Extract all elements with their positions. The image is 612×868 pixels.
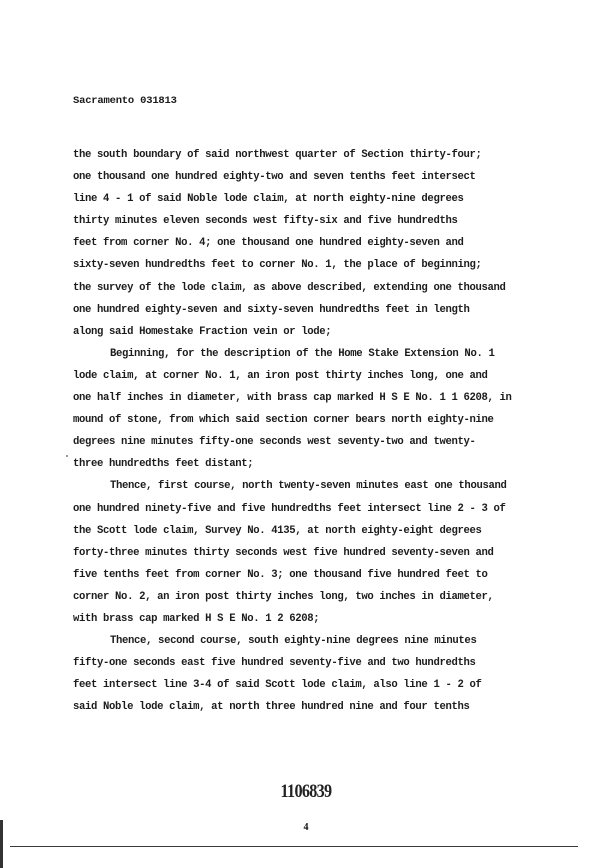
- text-line: corner No. 2, an iron post thirty inches…: [73, 586, 543, 608]
- text-line: one half inches in diameter, with brass …: [73, 387, 543, 409]
- document-body: the south boundary of said northwest qua…: [73, 144, 543, 718]
- text-line: one thousand one hundred eighty-two and …: [73, 166, 543, 188]
- page-number: 4: [0, 822, 612, 833]
- text-line: the Scott lode claim, Survey No. 4135, a…: [73, 520, 543, 542]
- text-line: sixty-seven hundredths feet to corner No…: [73, 254, 543, 276]
- bottom-rule-divider: [10, 846, 578, 847]
- text-line: feet intersect line 3-4 of said Scott lo…: [73, 674, 543, 696]
- text-line: lode claim, at corner No. 1, an iron pos…: [73, 365, 543, 387]
- document-number-stamp: 1106839: [46, 781, 566, 803]
- text-line: Thence, second course, south eighty-nine…: [73, 630, 543, 652]
- text-line: one hundred eighty-seven and sixty-seven…: [73, 299, 543, 321]
- text-line: Thence, first course, north twenty-seven…: [73, 475, 543, 497]
- text-line: the south boundary of said northwest qua…: [73, 144, 543, 166]
- document-page: Sacramento 031813 the south boundary of …: [0, 0, 612, 868]
- text-line: feet from corner No. 4; one thousand one…: [73, 232, 543, 254]
- text-line: along said Homestake Fraction vein or lo…: [73, 321, 543, 343]
- text-line: forty-three minutes thirty seconds west …: [73, 542, 543, 564]
- text-line: said Noble lode claim, at north three hu…: [73, 696, 543, 718]
- text-line: mound of stone, from which said section …: [73, 409, 543, 431]
- text-line: line 4 - 1 of said Noble lode claim, at …: [73, 188, 543, 210]
- text-line: thirty minutes eleven seconds west fifty…: [73, 210, 543, 232]
- text-line: degrees nine minutes fifty-one seconds w…: [73, 431, 543, 453]
- document-header: Sacramento 031813: [73, 95, 177, 107]
- text-line: with brass cap marked H S E No. 1 2 6208…: [73, 608, 543, 630]
- text-line: fifty-one seconds east five hundred seve…: [73, 652, 543, 674]
- text-line: the survey of the lode claim, as above d…: [73, 277, 543, 299]
- text-line: five tenths feet from corner No. 3; one …: [73, 564, 543, 586]
- text-line: three hundredths feet distant;: [73, 453, 543, 475]
- text-line: Beginning, for the description of the Ho…: [73, 343, 543, 365]
- text-line: one hundred ninety-five and five hundred…: [73, 498, 543, 520]
- margin-speck: [66, 455, 68, 457]
